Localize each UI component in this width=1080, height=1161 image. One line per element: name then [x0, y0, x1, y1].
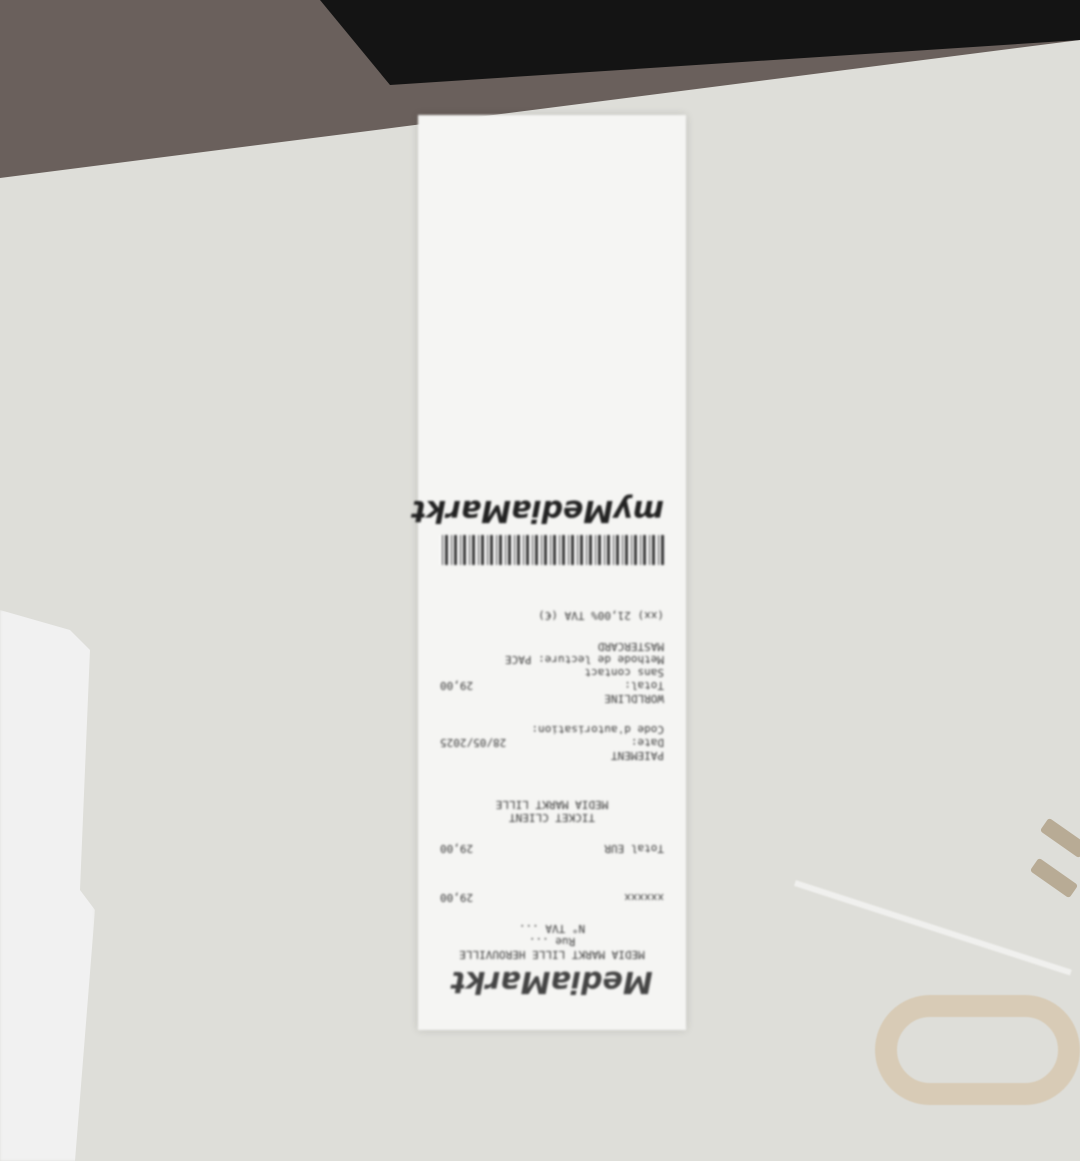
total-small-line: Total:29,00	[440, 679, 664, 692]
payment-label: PAIEMENT	[440, 749, 664, 762]
contactless: Sans contact	[440, 666, 664, 679]
auth-label: Code d'autorisation:	[440, 723, 664, 736]
processor: WORLDLINE	[440, 692, 664, 705]
store-logo: MediaMarkt	[440, 975, 664, 988]
ticket-label: TICKET CLIENT	[440, 811, 664, 824]
card-brand: MASTERCARD	[440, 640, 664, 653]
rope-keychain	[875, 995, 1080, 1105]
loyalty-logo: myMediaMarkt	[440, 504, 664, 517]
receipt: MediaMarkt MEDIA MARKT LILLE HEROUVILLE …	[418, 115, 686, 1030]
vat-line: (xx) 21,00% TVA (€)	[440, 609, 664, 622]
total-line: Total EUR29,00	[440, 842, 664, 855]
store-name: MEDIA MARKT LILLE	[440, 798, 664, 811]
item-line: xxxxxx29,00	[440, 891, 664, 904]
date-line: Date:28/05/2025	[440, 736, 664, 749]
store-header-line: Rue ...	[440, 935, 664, 948]
read-method: Methode de lecture: PACE	[440, 653, 664, 666]
store-header-line: MEDIA MARKT LILLE HEROUVILLE	[440, 948, 664, 961]
barcode	[440, 535, 664, 565]
store-header-line: N° TVA ...	[440, 922, 664, 935]
